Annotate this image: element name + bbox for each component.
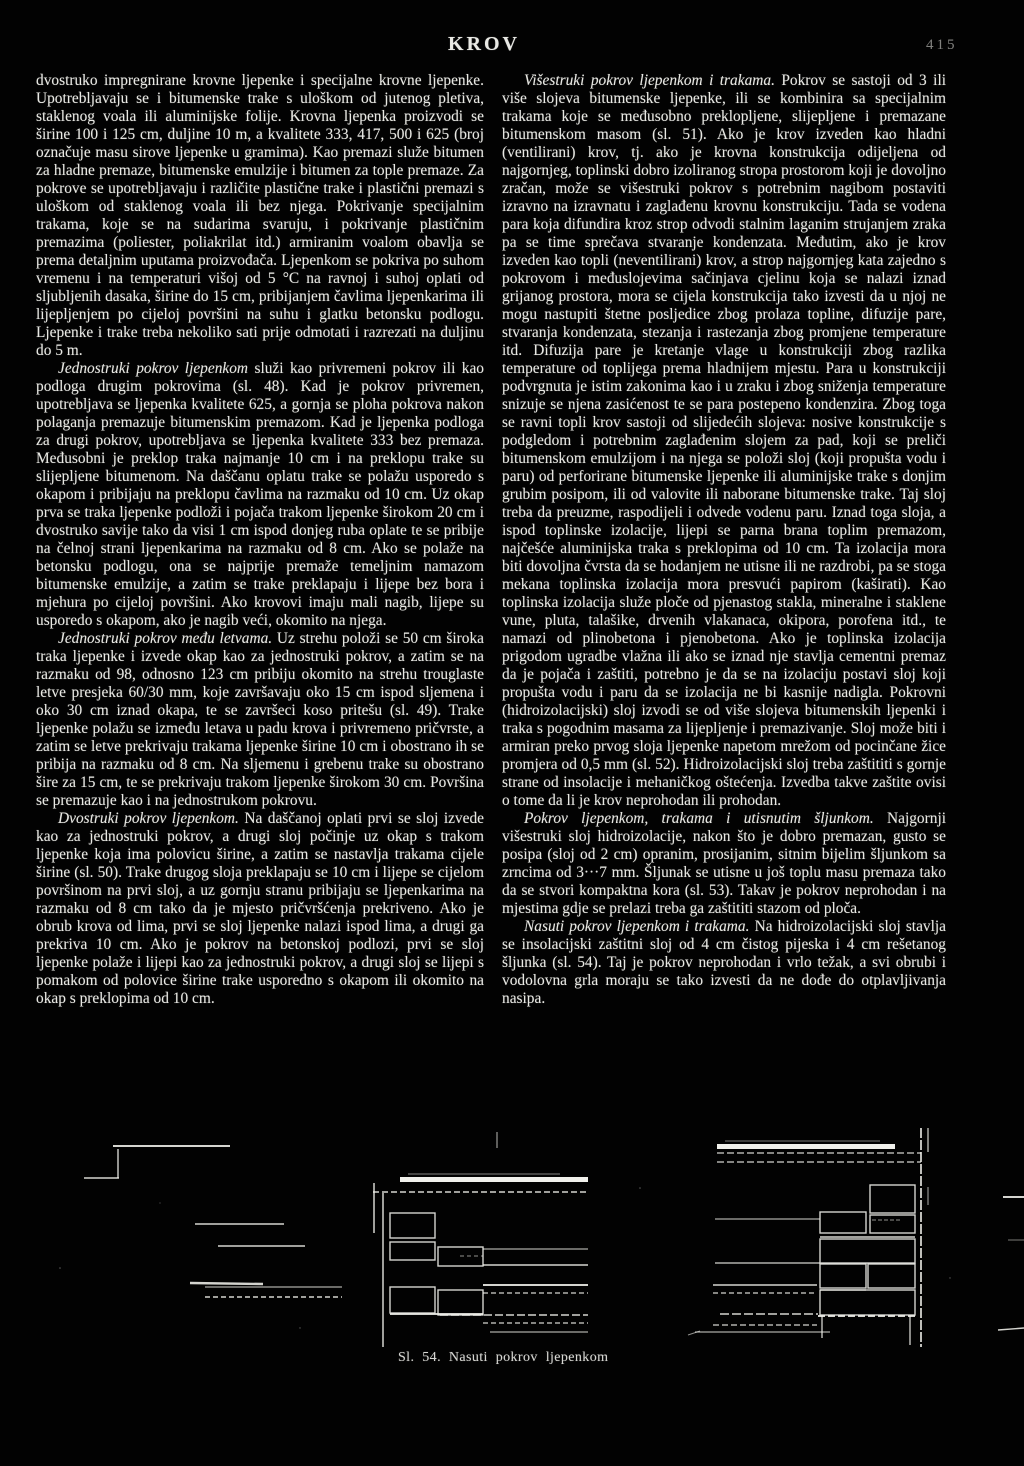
paragraph: Višestruki pokrov ljepenkom i trakama. P… xyxy=(502,72,946,810)
figure-sl-54-illustration xyxy=(0,1128,1024,1356)
paragraph: dvostruko impregnirane krovne ljepenke i… xyxy=(36,72,484,360)
paragraph-lead: Višestruki pokrov ljepenkom i trakama. xyxy=(524,72,775,89)
book-page: KROV 415 dvostruko impregnirane krovne l… xyxy=(0,0,1024,1466)
paragraph: Pokrov ljepenkom, trakama i utisnutim šl… xyxy=(502,810,946,918)
paragraph-lead: Jednostruki pokrov među letvama. xyxy=(58,630,272,647)
page-title: KROV xyxy=(448,33,520,56)
paragraph-lead: Nasuti pokrov ljepenkom i trakama. xyxy=(524,918,749,935)
paragraph: Dvostruki pokrov ljepenkom. Na daščanoj … xyxy=(36,810,484,1008)
figure-caption: Sl. 54. Nasuti pokrov ljepenkom xyxy=(398,1350,608,1366)
paragraph: Jednostruki pokrov ljepenkom služi kao p… xyxy=(36,360,484,630)
page-number: 415 xyxy=(926,37,958,54)
paragraph: Nasuti pokrov ljepenkom i trakama. Na hi… xyxy=(502,918,946,1008)
paragraph-lead: Dvostruki pokrov ljepenkom. xyxy=(58,810,239,827)
paragraph-lead: Jednostruki pokrov ljepenkom xyxy=(58,360,248,377)
paragraph: Jednostruki pokrov među letvama. Uz stre… xyxy=(36,630,484,810)
text-column-left: dvostruko impregnirane krovne ljepenke i… xyxy=(36,72,484,1008)
paragraph-lead: Pokrov ljepenkom, trakama i utisnutim šl… xyxy=(524,810,874,827)
text-column-right: Višestruki pokrov ljepenkom i trakama. P… xyxy=(502,72,946,1008)
